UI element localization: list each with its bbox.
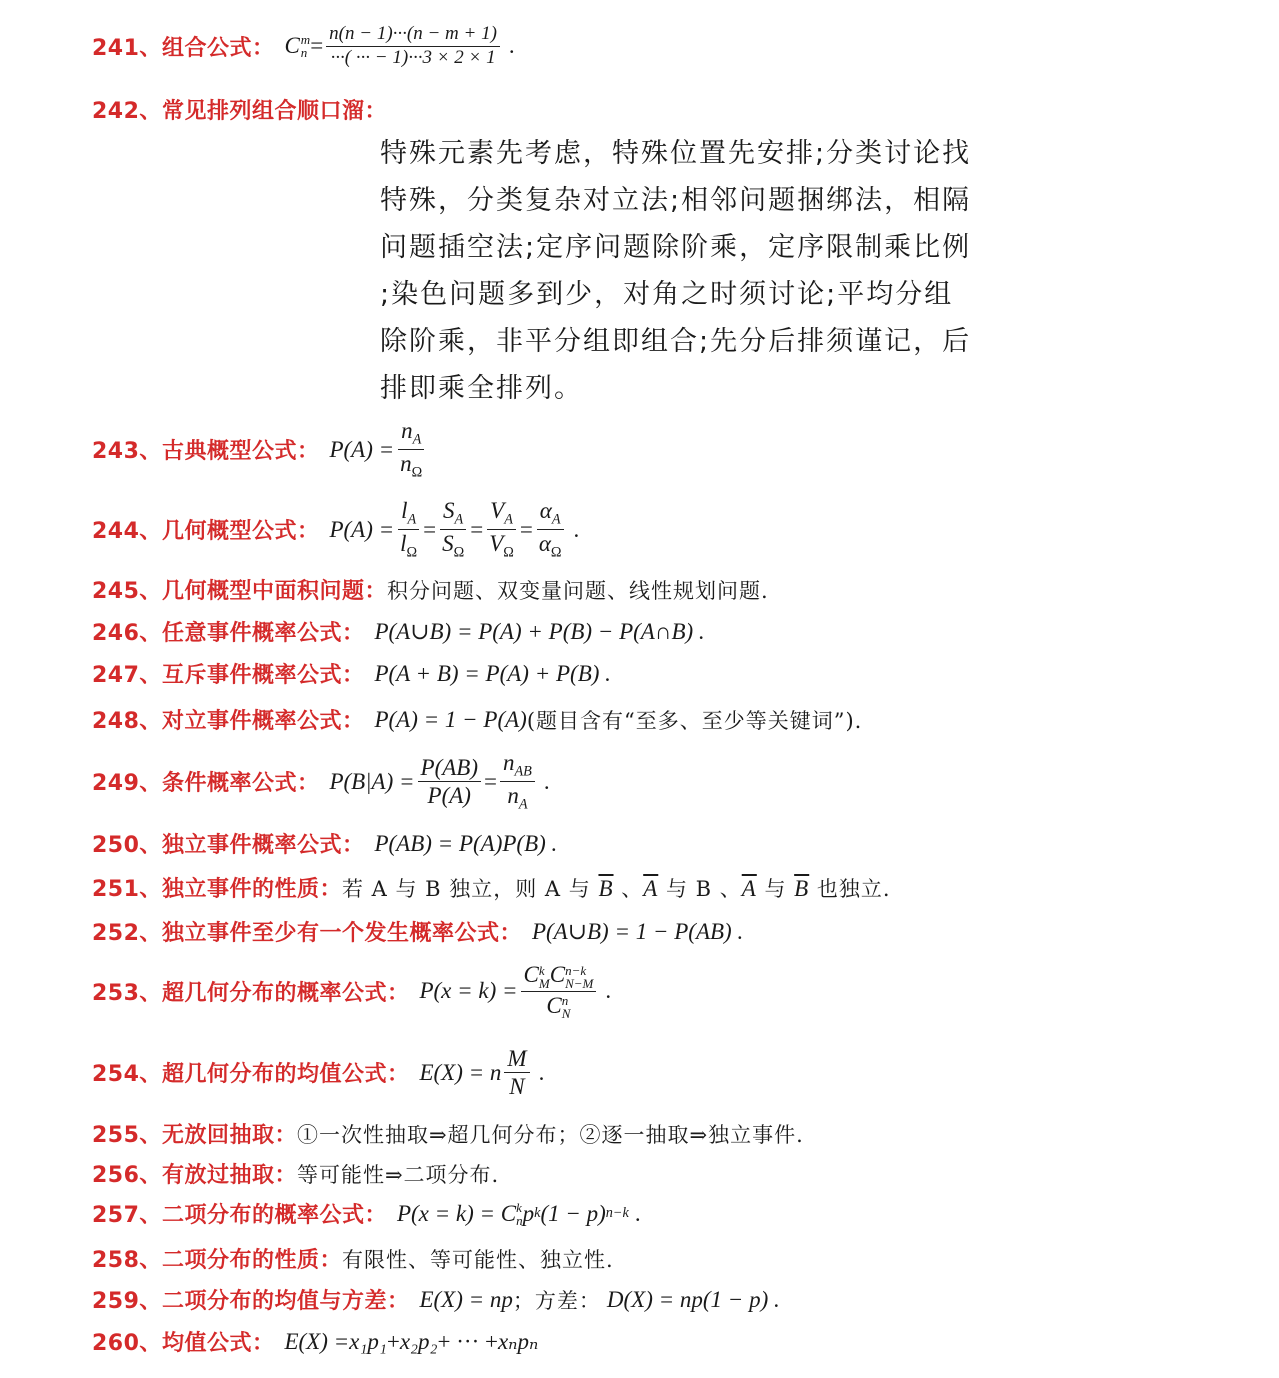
- numerator-sub: A: [455, 512, 464, 528]
- c-symbol: C: [550, 962, 565, 987]
- item-number: 249、: [92, 766, 162, 797]
- denominator-sub: A: [519, 797, 528, 813]
- equals-sign: =: [310, 33, 323, 59]
- period: .: [539, 1060, 545, 1086]
- item-text: 积分问题、双变量问题、线性规划问题.: [387, 575, 769, 605]
- mutually-exclusive-formula: P(A + B) = P(A) + P(B) .: [374, 661, 610, 687]
- item-title: 均值公式：: [162, 1326, 275, 1357]
- ellipsis-plus: + ··· +: [438, 1329, 498, 1355]
- denominator: αΩ: [536, 530, 565, 561]
- item-243: 243、 古典概型公式： P(A) = nA nΩ: [92, 418, 428, 482]
- b-complement: B: [794, 876, 809, 902]
- item-number: 258、: [92, 1243, 162, 1274]
- item-title: 对立事件概率公式：: [162, 704, 365, 735]
- item-title: 互斥事件概率公式：: [162, 658, 365, 689]
- poem-line: ;染色问题多到少，对角之时须讨论;平均分组: [380, 271, 990, 318]
- item-244: 244、 几何概型公式： P(A) = lA lΩ = SA SΩ = VA V…: [92, 498, 579, 562]
- equals-sign: =: [423, 517, 436, 543]
- denominator: SΩ: [439, 530, 467, 561]
- fraction: M N: [504, 1046, 529, 1100]
- denominator: nΩ: [397, 450, 425, 481]
- item-257: 257、 二项分布的概率公式： P(x = k) = Cknpk(1 − p)n…: [92, 1198, 641, 1229]
- denominator-var: V: [489, 531, 503, 556]
- item-number: 259、: [92, 1284, 162, 1315]
- item-254: 254、 超几何分布的均值公式： E(X) = n M N .: [92, 1046, 544, 1100]
- formula-sup: n−k: [565, 964, 593, 977]
- item-260: 260、 均值公式： E(X) = x₁p₁ + x₂p₂ + ··· + xₙ…: [92, 1326, 538, 1357]
- formula-term: xₙpₙ: [498, 1329, 538, 1355]
- text-part: 若 A 与 B 独立，则 A 与: [342, 877, 599, 901]
- expectation-formula: E(X) = x₁p₁ + x₂p₂ + ··· + xₙpₙ: [284, 1329, 538, 1355]
- item-246: 246、 任意事件概率公式： P(A∪B) = P(A) + P(B) − P(…: [92, 616, 705, 647]
- denominator-sub: Ω: [503, 545, 514, 561]
- formula-lhs: P(B|A) =: [329, 769, 414, 795]
- period: .: [509, 33, 515, 59]
- formula-lhs: E(X) =: [284, 1329, 349, 1355]
- numerator: VA: [487, 498, 516, 530]
- numerator-sub: A: [552, 512, 561, 528]
- fraction-angle: αA αΩ: [536, 498, 565, 562]
- formula-lhs: P(x = k) = C: [397, 1201, 516, 1227]
- formula-sub: M: [539, 977, 550, 990]
- item-number: 251、: [92, 872, 162, 903]
- period: .: [605, 978, 611, 1004]
- item-250: 250、 独立事件概率公式： P(AB) = P(A)P(B) .: [92, 828, 557, 859]
- binomial-variance-formula: D(X) = np(1 − p) .: [607, 1287, 780, 1313]
- denominator: nA: [504, 782, 530, 813]
- item-252: 252、 独立事件至少有一个发生概率公式： P(A∪B) = 1 − P(AB)…: [92, 916, 743, 947]
- item-title: 任意事件概率公式：: [162, 616, 365, 647]
- formula-lhs: E(X) = n: [419, 1060, 501, 1086]
- item-title: 常见排列组合顺口溜：: [162, 94, 387, 125]
- at-least-one-formula: P(A∪B) = 1 − P(AB) .: [532, 919, 743, 945]
- binomial-probability-formula: P(x = k) = Cknpk(1 − p)n−k .: [397, 1201, 641, 1227]
- denominator: lΩ: [397, 530, 420, 561]
- equals-sign: =: [484, 769, 497, 795]
- numerator: M: [504, 1046, 529, 1073]
- denominator: VΩ: [486, 530, 517, 561]
- complement-formula: P(A) = 1 − P(A): [374, 707, 526, 733]
- period: .: [574, 517, 580, 543]
- item-number: 252、: [92, 916, 162, 947]
- formula-p: p: [523, 1201, 535, 1227]
- numerator-var: V: [490, 498, 504, 523]
- formula-lhs: P(A) =: [329, 437, 394, 463]
- formula-sub: n: [301, 46, 310, 59]
- denominator-sub: Ω: [551, 545, 562, 561]
- text-part: 与 B 、: [658, 877, 741, 901]
- formula-term: x₂p₂: [400, 1329, 438, 1355]
- denominator-sub: Ω: [454, 545, 465, 561]
- item-259: 259、 二项分布的均值与方差： E(X) = np ；方差： D(X) = n…: [92, 1284, 780, 1315]
- denominator-var: α: [539, 531, 551, 556]
- b-complement: B: [598, 876, 613, 902]
- item-245: 245、 几何概型中面积问题： 积分问题、双变量问题、线性规划问题.: [92, 574, 769, 605]
- binomial-mean-formula: E(X) = np: [419, 1287, 512, 1313]
- item-number: 255、: [92, 1118, 162, 1149]
- formula-tail: (1 − p): [540, 1201, 605, 1227]
- numerator-var: n: [503, 750, 515, 775]
- denominator-sub: Ω: [407, 545, 418, 561]
- plus-sign: +: [387, 1329, 400, 1355]
- item-number: 253、: [92, 976, 162, 1007]
- item-number: 248、: [92, 704, 162, 735]
- item-title: 独立事件的性质：: [162, 872, 342, 903]
- fraction-volume: VA VΩ: [486, 498, 517, 562]
- item-249: 249、 条件概率公式： P(B|A) = P(AB) P(A) = nAB n…: [92, 750, 550, 814]
- formula-sup: k: [539, 964, 550, 977]
- item-number: 254、: [92, 1057, 162, 1088]
- item-text: 若 A 与 B 独立，则 A 与 B 、A 与 B 、A 与 B 也独立.: [342, 873, 891, 903]
- fraction-area: SA SΩ: [439, 498, 467, 562]
- c-symbol: C: [524, 962, 539, 987]
- item-number: 245、: [92, 574, 162, 605]
- item-258: 258、 二项分布的性质： 有限性、等可能性、独立性.: [92, 1243, 614, 1274]
- poem-line: 特殊，分类复杂对立法;相邻问题捆绑法，相隔: [380, 177, 990, 224]
- item-text: ①一次性抽取⇒超几何分布；②逐一抽取⇒独立事件.: [297, 1119, 804, 1149]
- denominator-sub: Ω: [412, 465, 423, 481]
- numerator: nAB: [500, 750, 535, 782]
- independent-events-formula: P(AB) = P(A)P(B) .: [374, 831, 557, 857]
- union-probability-formula: P(A∪B) = P(A) + P(B) − P(A∩B) .: [374, 619, 704, 645]
- item-number: 241、: [92, 31, 162, 62]
- equals-sign: =: [520, 517, 533, 543]
- item-number: 257、: [92, 1198, 162, 1229]
- denominator-var: n: [400, 451, 412, 476]
- hypergeometric-probability-formula: P(x = k) = CkMCn−kN−M CnN .: [419, 962, 611, 1020]
- formula-sup: n−k: [606, 1205, 629, 1222]
- fraction: nAB nA: [500, 750, 535, 814]
- item-248: 248、 对立事件概率公式： P(A) = 1 − P(A) (题目含有“至多、…: [92, 704, 862, 735]
- denominator: P(A): [425, 782, 474, 808]
- formula-symbol: C: [284, 33, 299, 59]
- item-text: 有限性、等可能性、独立性.: [342, 1244, 614, 1274]
- item-241: 241、 组合公式： Cmn = n(n − 1)···(n − m + 1) …: [92, 24, 515, 69]
- item-title: 二项分布的性质：: [162, 1243, 342, 1274]
- item-251: 251、 独立事件的性质： 若 A 与 B 独立，则 A 与 B 、A 与 B …: [92, 872, 891, 903]
- item-247: 247、 互斥事件概率公式： P(A + B) = P(A) + P(B) .: [92, 658, 611, 689]
- item-title: 古典概型公式：: [162, 434, 320, 465]
- formula-sub: N−M: [565, 977, 593, 990]
- item-242: 242、 常见排列组合顺口溜：: [92, 94, 387, 125]
- numerator-var: S: [443, 498, 455, 523]
- text-part: 也独立.: [809, 877, 890, 901]
- item-number: 260、: [92, 1326, 162, 1357]
- conditional-probability-formula: P(B|A) = P(AB) P(A) = nAB nA .: [329, 750, 549, 814]
- item-text: 等可能性⇒二项分布.: [297, 1159, 499, 1189]
- fraction: P(AB) P(A): [418, 755, 481, 809]
- item-title: 条件概率公式：: [162, 766, 320, 797]
- item-title: 独立事件概率公式：: [162, 828, 365, 859]
- a-complement: A: [742, 876, 757, 902]
- poem-line: 问题插空法;定序问题除阶乘，定序限制乘比例: [380, 224, 990, 271]
- formula-lhs: P(x = k) =: [419, 978, 517, 1004]
- item-title: 二项分布的均值与方差：: [162, 1284, 410, 1315]
- item-256: 256、 有放过抽取： 等可能性⇒二项分布.: [92, 1158, 499, 1189]
- variance-label: ；方差：: [513, 1285, 601, 1315]
- numerator-sub: A: [504, 512, 513, 528]
- numerator: lA: [398, 498, 419, 530]
- numerator-sub: A: [413, 432, 422, 448]
- fraction: nA nΩ: [397, 418, 425, 482]
- classical-probability-formula: P(A) = nA nΩ: [329, 418, 428, 482]
- numerator: n(n − 1)···(n − m + 1): [326, 24, 500, 47]
- poem-line: 特殊元素先考虑，特殊位置先安排;分类讨论找: [380, 130, 990, 177]
- item-253: 253、 超几何分布的概率公式： P(x = k) = CkMCn−kN−M C…: [92, 962, 611, 1020]
- numerator-var: n: [401, 418, 413, 443]
- period: .: [635, 1201, 641, 1227]
- denominator-var: n: [507, 783, 519, 808]
- formula-term: x₁p₁: [349, 1329, 387, 1355]
- poem-line: 除阶乘，非平分组即组合;先分后排须谨记，后: [380, 318, 990, 365]
- item-note: (题目含有“至多、至少等关键词”).: [527, 705, 863, 735]
- item-title: 二项分布的概率公式：: [162, 1198, 387, 1229]
- denominator: CnN: [543, 992, 573, 1021]
- numerator-sub: AB: [514, 764, 531, 780]
- fraction: CkMCn−kN−M CnN: [521, 962, 597, 1020]
- fraction: n(n − 1)···(n − m + 1) ···( ··· − 1)···3…: [326, 24, 500, 69]
- formula-lhs: P(A) =: [329, 517, 394, 543]
- c-symbol: C: [546, 993, 561, 1018]
- poem-line: 排即乘全排列。: [380, 365, 990, 412]
- hypergeometric-mean-formula: E(X) = n M N .: [419, 1046, 544, 1100]
- text-part: 、: [614, 877, 644, 901]
- numerator-sub: A: [407, 512, 416, 528]
- item-number: 244、: [92, 514, 162, 545]
- numerator: P(AB): [418, 755, 481, 782]
- a-complement: A: [643, 876, 658, 902]
- numerator: nA: [398, 418, 424, 450]
- numerator: αA: [537, 498, 564, 530]
- item-title: 有放过抽取：: [162, 1158, 297, 1189]
- mnemonic-poem: 特殊元素先考虑，特殊位置先安排;分类讨论找 特殊，分类复杂对立法;相邻问题捆绑法…: [380, 130, 990, 412]
- item-number: 246、: [92, 616, 162, 647]
- item-number: 242、: [92, 94, 162, 125]
- item-title: 组合公式：: [162, 31, 275, 62]
- item-title: 无放回抽取：: [162, 1118, 297, 1149]
- equals-sign: =: [470, 517, 483, 543]
- text-part: 与: [757, 877, 794, 901]
- numerator: CkMCn−kN−M: [521, 962, 597, 992]
- formula-sub: N: [562, 1007, 571, 1020]
- item-number: 250、: [92, 828, 162, 859]
- denominator-var: S: [442, 531, 454, 556]
- numerator: SA: [440, 498, 466, 530]
- fraction-length: lA lΩ: [397, 498, 420, 562]
- denominator: N: [506, 1073, 527, 1099]
- item-title: 几何概型公式：: [162, 514, 320, 545]
- numerator-var: α: [540, 498, 552, 523]
- denominator: ···( ··· − 1)···3 × 2 × 1: [327, 47, 498, 69]
- item-title: 超几何分布的概率公式：: [162, 976, 410, 1007]
- geometric-probability-formula: P(A) = lA lΩ = SA SΩ = VA VΩ = αA αΩ .: [329, 498, 579, 562]
- item-number: 256、: [92, 1158, 162, 1189]
- item-255: 255、 无放回抽取： ①一次性抽取⇒超几何分布；②逐一抽取⇒独立事件.: [92, 1118, 804, 1149]
- item-title: 独立事件至少有一个发生概率公式：: [162, 916, 522, 947]
- item-number: 243、: [92, 434, 162, 465]
- item-number: 247、: [92, 658, 162, 689]
- item-title: 几何概型中面积问题：: [162, 574, 387, 605]
- period: .: [544, 769, 550, 795]
- item-title: 超几何分布的均值公式：: [162, 1057, 410, 1088]
- combination-formula: Cmn = n(n − 1)···(n − m + 1) ···( ··· − …: [284, 24, 514, 69]
